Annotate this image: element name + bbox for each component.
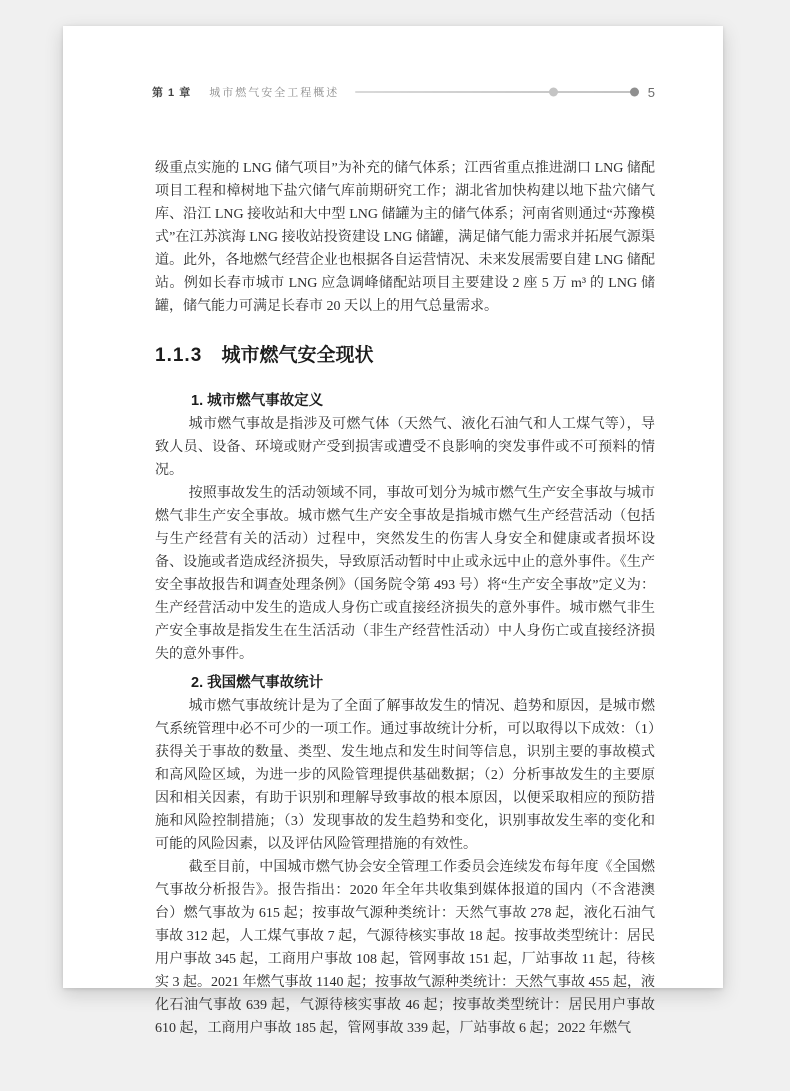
section-title: 城市燃气安全现状 [222,345,374,366]
paragraph-statistics-purpose: 城市燃气事故统计是为了全面了解事故发生的情况、趋势和原因，是城市燃气系统管理中必… [155,695,655,856]
paragraph-accident-classification: 按照事故发生的活动领域不同，事故可划分为城市燃气生产安全事故与城市燃气非生产安全… [155,482,655,666]
rule-dot-light-icon [549,88,558,97]
running-head: 第 1 章 城市燃气安全工程概述 5 [152,84,655,100]
chapter-title: 城市燃气安全工程概述 [209,84,339,100]
paragraph-lng-storage-continuation: 级重点实施的 LNG 储气项目”为补充的储气体系；江西省重点推进湖口 LNG 储… [155,157,655,318]
subheading-accident-definition: 1. 城市燃气事故定义 [155,390,655,413]
subheading-accident-statistics: 2. 我国燃气事故统计 [155,672,655,695]
page-content: 级重点实施的 LNG 储气项目”为补充的储气体系；江西省重点推进湖口 LNG 储… [155,157,655,1040]
section-heading: 1.1.3 城市燃气安全现状 [155,343,655,369]
document-canvas: 第 1 章 城市燃气安全工程概述 5 级重点实施的 LNG 储气项目”为补充的储… [0,0,790,1091]
page-number: 5 [648,85,655,100]
section-number: 1.1.3 [155,345,202,366]
book-page: 第 1 章 城市燃气安全工程概述 5 级重点实施的 LNG 储气项目”为补充的储… [63,26,723,988]
paragraph-statistics-report: 截至目前，中国城市燃气协会安全管理工作委员会连续发布每年度《全国燃气事故分析报告… [155,856,655,1040]
rule-dot-dark-icon [630,88,639,97]
paragraph-accident-definition: 城市燃气事故是指涉及可燃气体（天然气、液化石油气和人工煤气等），导致人员、设备、… [155,413,655,482]
header-rule [355,91,635,93]
chapter-label: 第 1 章 [152,84,191,100]
